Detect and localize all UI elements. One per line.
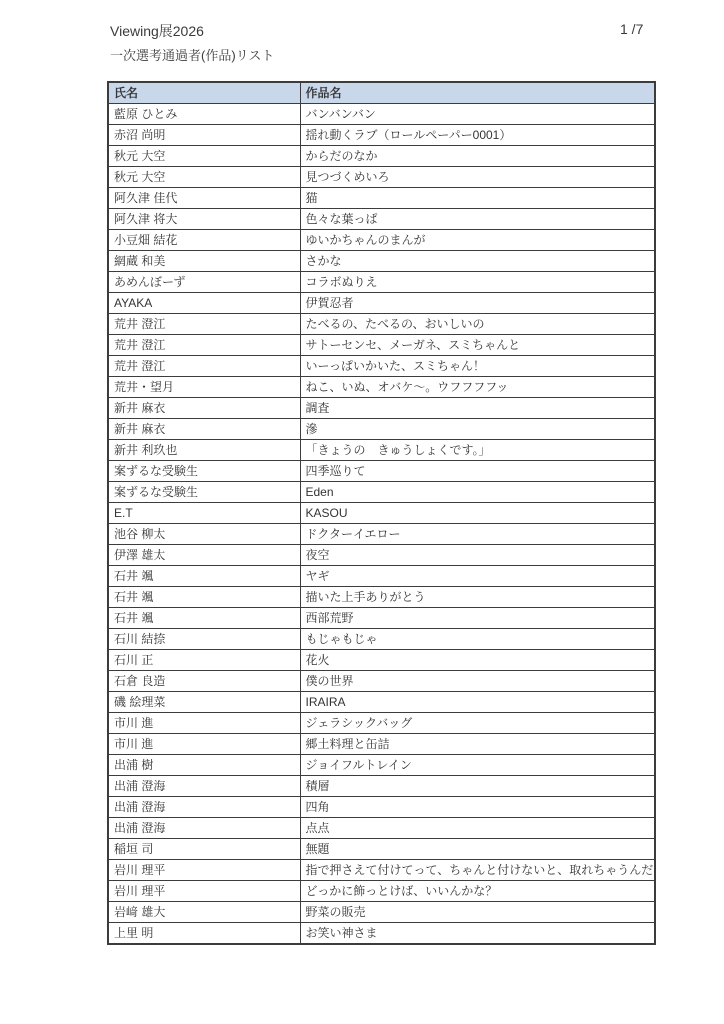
- work-title-cell: ドクターイエロー: [300, 524, 655, 545]
- work-title-cell: 花火: [300, 650, 655, 671]
- applicant-name-cell: 新井 利玖也: [108, 440, 300, 461]
- table-row: 池谷 柳太 ドクターイエロー: [108, 524, 655, 545]
- applicant-name-cell: 石倉 良造: [108, 671, 300, 692]
- table-row: 新井 麻衣 滲: [108, 419, 655, 440]
- applicant-name-cell: 出浦 澄海: [108, 776, 300, 797]
- applicant-name-cell: 新井 麻衣: [108, 398, 300, 419]
- applicant-name-cell: 荒井 澄江: [108, 314, 300, 335]
- applicant-name-cell: 秋元 大空: [108, 167, 300, 188]
- table-row: 荒井・望月 ねこ、いぬ、オバケ～。ウフフフフッ: [108, 377, 655, 398]
- applicant-name-cell: 岩川 理平: [108, 860, 300, 881]
- applicant-name-cell: 上里 明: [108, 923, 300, 945]
- work-title-cell: コラボぬりえ: [300, 272, 655, 293]
- table-row: 小豆畑 結花 ゆいかちゃんのまんが: [108, 230, 655, 251]
- work-title-cell: 伊賀忍者: [300, 293, 655, 314]
- table-row: 案ずるな受験生 Eden: [108, 482, 655, 503]
- applicant-works-table: 氏名 作品名 藍原 ひとみ バンバンバン 赤沼 尚明 揺れ動くラブ（ロールペーパ…: [107, 81, 656, 945]
- applicant-name-cell: 石井 颯: [108, 587, 300, 608]
- work-title-cell: IRAIRA: [300, 692, 655, 713]
- table-row: 出浦 樹 ジョイフルトレイン: [108, 755, 655, 776]
- applicant-name-cell: 網蔵 和美: [108, 251, 300, 272]
- table-row: 磯 絵理菜 IRAIRA: [108, 692, 655, 713]
- applicant-name-cell: 案ずるな受験生: [108, 482, 300, 503]
- work-title-cell: 四季巡りて: [300, 461, 655, 482]
- table-body: 藍原 ひとみ バンバンバン 赤沼 尚明 揺れ動くラブ（ロールペーパー0001） …: [108, 104, 655, 945]
- applicant-name-cell: 赤沼 尚明: [108, 125, 300, 146]
- work-title-cell: ジョイフルトレイン: [300, 755, 655, 776]
- table-row: 出浦 澄海 四角: [108, 797, 655, 818]
- work-title-cell: ジェラシックバッグ: [300, 713, 655, 734]
- applicant-name-cell: 藍原 ひとみ: [108, 104, 300, 125]
- table-row: 荒井 澄江 サトーセンセ、メーガネ、スミちゃんと: [108, 335, 655, 356]
- applicant-name-cell: 石川 結捺: [108, 629, 300, 650]
- table-row: 石井 颯 描いた上手ありがとう: [108, 587, 655, 608]
- applicant-name-cell: 石川 正: [108, 650, 300, 671]
- doc-subtitle: 一次選考通過者(作品)リスト: [110, 45, 274, 64]
- table-row: 上里 明 お笑い神さま: [108, 923, 655, 945]
- applicant-name-cell: 岩川 理平: [108, 881, 300, 902]
- table-row: 赤沼 尚明 揺れ動くラブ（ロールペーパー0001）: [108, 125, 655, 146]
- table-row: 石川 結捺 もじゃもじゃ: [108, 629, 655, 650]
- work-title-cell: 揺れ動くラブ（ロールペーパー0001）: [300, 125, 655, 146]
- work-title-cell: からだのなか: [300, 146, 655, 167]
- work-title-cell: ヤギ: [300, 566, 655, 587]
- page-number: 1 /7: [620, 21, 643, 37]
- work-title-cell: いーっぱいかいた、スミちゃん！: [300, 356, 655, 377]
- work-title-cell: 四角: [300, 797, 655, 818]
- table-row: 市川 進 ジェラシックバッグ: [108, 713, 655, 734]
- table-row: 稲垣 司 無題: [108, 839, 655, 860]
- table-row: 石倉 良造 僕の世界: [108, 671, 655, 692]
- document-page: Viewing展2026 1 /7 一次選考通過者(作品)リスト 氏名 作品名 …: [0, 0, 724, 1024]
- applicant-name-cell: 荒井 澄江: [108, 335, 300, 356]
- work-title-cell: ねこ、いぬ、オバケ～。ウフフフフッ: [300, 377, 655, 398]
- table-row: 岩川 理平 どっかに飾っとけば、いいんかな？: [108, 881, 655, 902]
- applicant-name-cell: 石井 颯: [108, 566, 300, 587]
- table-row: 案ずるな受験生 四季巡りて: [108, 461, 655, 482]
- table-row: AYAKA 伊賀忍者: [108, 293, 655, 314]
- work-title-cell: 西部荒野: [300, 608, 655, 629]
- table-row: 岩﨑 雄大 野菜の販売: [108, 902, 655, 923]
- table-row: 石川 正 花火: [108, 650, 655, 671]
- table-row: 荒井 澄江 たべるの、たべるの、おいしいの: [108, 314, 655, 335]
- table-row: あめんぼーず コラボぬりえ: [108, 272, 655, 293]
- table-row: 秋元 大空 からだのなか: [108, 146, 655, 167]
- table-row: 秋元 大空 見つづくめいろ: [108, 167, 655, 188]
- applicant-name-cell: 石井 颯: [108, 608, 300, 629]
- work-title-cell: 積層: [300, 776, 655, 797]
- work-title-cell: たべるの、たべるの、おいしいの: [300, 314, 655, 335]
- table-row: 出浦 澄海 積層: [108, 776, 655, 797]
- work-title-cell: ゆいかちゃんのまんが: [300, 230, 655, 251]
- applicant-name-cell: 案ずるな受験生: [108, 461, 300, 482]
- applicant-name-cell: 出浦 澄海: [108, 818, 300, 839]
- applicant-name-cell: 磯 絵理菜: [108, 692, 300, 713]
- table-row: 岩川 理平 指で押さえて付けてって、ちゃんと付けないと、取れちゃうんだ: [108, 860, 655, 881]
- applicant-name-cell: 伊澤 雄太: [108, 545, 300, 566]
- applicant-name-cell: 小豆畑 結花: [108, 230, 300, 251]
- column-header-work: 作品名: [300, 82, 655, 104]
- table-row: 網蔵 和美 さかな: [108, 251, 655, 272]
- applicant-name-cell: 出浦 澄海: [108, 797, 300, 818]
- table-row: 新井 麻衣 調査: [108, 398, 655, 419]
- work-title-cell: 色々な葉っぱ: [300, 209, 655, 230]
- work-title-cell: 猫: [300, 188, 655, 209]
- table-row: 市川 進 郷土料理と缶詰: [108, 734, 655, 755]
- applicant-name-cell: 岩﨑 雄大: [108, 902, 300, 923]
- table-row: 新井 利玖也 「きょうの きゅうしょくです。」: [108, 440, 655, 461]
- work-title-cell: 野菜の販売: [300, 902, 655, 923]
- applicant-name-cell: あめんぼーず: [108, 272, 300, 293]
- table-row: 石井 颯 西部荒野: [108, 608, 655, 629]
- work-title-cell: 描いた上手ありがとう: [300, 587, 655, 608]
- table-row: E.T KASOU: [108, 503, 655, 524]
- work-title-cell: 「きょうの きゅうしょくです。」: [300, 440, 655, 461]
- applicant-name-cell: 秋元 大空: [108, 146, 300, 167]
- work-title-cell: サトーセンセ、メーガネ、スミちゃんと: [300, 335, 655, 356]
- table-row: 伊澤 雄太 夜空: [108, 545, 655, 566]
- work-title-cell: 点点: [300, 818, 655, 839]
- work-title-cell: 滲: [300, 419, 655, 440]
- applicant-name-cell: 新井 麻衣: [108, 419, 300, 440]
- applicant-name-cell: 稲垣 司: [108, 839, 300, 860]
- work-title-cell: 見つづくめいろ: [300, 167, 655, 188]
- work-title-cell: 僕の世界: [300, 671, 655, 692]
- table-header-row: 氏名 作品名: [108, 82, 655, 104]
- work-title-cell: お笑い神さま: [300, 923, 655, 945]
- applicant-name-cell: 阿久津 佳代: [108, 188, 300, 209]
- table-row: 出浦 澄海 点点: [108, 818, 655, 839]
- applicant-name-cell: AYAKA: [108, 293, 300, 314]
- column-header-name: 氏名: [108, 82, 300, 104]
- work-title-cell: バンバンバン: [300, 104, 655, 125]
- table-row: 阿久津 佳代 猫: [108, 188, 655, 209]
- applicant-name-cell: 池谷 柳太: [108, 524, 300, 545]
- doc-title: Viewing展2026: [110, 21, 204, 41]
- work-title-cell: さかな: [300, 251, 655, 272]
- work-title-cell: KASOU: [300, 503, 655, 524]
- applicant-name-cell: E.T: [108, 503, 300, 524]
- applicant-name-cell: 阿久津 将大: [108, 209, 300, 230]
- work-title-cell: 指で押さえて付けてって、ちゃんと付けないと、取れちゃうんだ: [300, 860, 655, 881]
- applicant-name-cell: 荒井・望月: [108, 377, 300, 398]
- work-title-cell: 無題: [300, 839, 655, 860]
- table-row: 藍原 ひとみ バンバンバン: [108, 104, 655, 125]
- work-title-cell: もじゃもじゃ: [300, 629, 655, 650]
- applicant-name-cell: 市川 進: [108, 713, 300, 734]
- work-title-cell: Eden: [300, 482, 655, 503]
- table-row: 阿久津 将大 色々な葉っぱ: [108, 209, 655, 230]
- work-title-cell: 夜空: [300, 545, 655, 566]
- applicant-name-cell: 荒井 澄江: [108, 356, 300, 377]
- work-title-cell: 郷土料理と缶詰: [300, 734, 655, 755]
- table-row: 石井 颯 ヤギ: [108, 566, 655, 587]
- work-title-cell: 調査: [300, 398, 655, 419]
- applicant-name-cell: 市川 進: [108, 734, 300, 755]
- table-row: 荒井 澄江 いーっぱいかいた、スミちゃん！: [108, 356, 655, 377]
- work-title-cell: どっかに飾っとけば、いいんかな？: [300, 881, 655, 902]
- applicant-name-cell: 出浦 樹: [108, 755, 300, 776]
